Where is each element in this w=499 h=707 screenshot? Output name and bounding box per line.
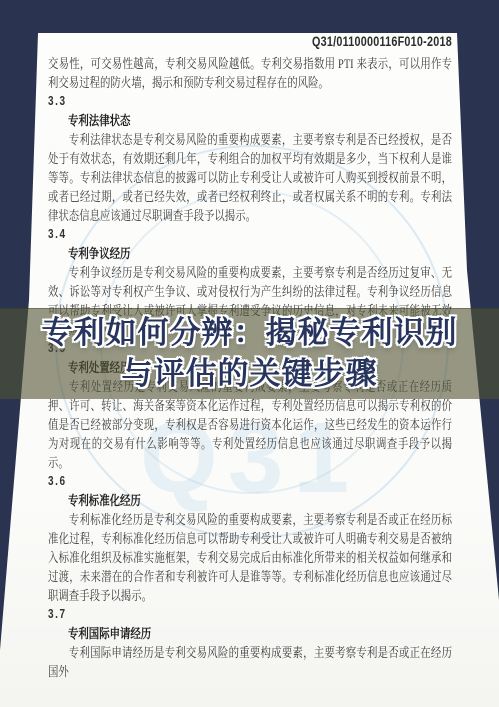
section-3-6-title: 专利标准化经历 [48, 491, 452, 510]
intro-paragraph: 交易性，可交易性越高，专利交易风险越低。专利交易指数用 PTI 来表示，可以用作… [48, 54, 452, 92]
section-3-3-title: 专利法律状态 [48, 111, 452, 130]
standard-doc-number: Q31/0110000116F010-2018 [48, 34, 452, 49]
section-3-4-number: 3.4 [48, 225, 452, 244]
section-3-3-number: 3.3 [48, 92, 452, 111]
section-3-7-title: 专利国际申请经历 [48, 624, 452, 643]
section-3-4-title: 专利争议经历 [48, 244, 452, 263]
article-title-line2: 与评估的关键步骤 [0, 353, 499, 394]
section-3-6-body: 专利标准化经历是专利交易风险的重要构成要素，主要考察专利是否或正在经历标准化过程… [48, 510, 452, 605]
article-title-line1: 专利如何分辨：揭秘专利识别 [0, 312, 499, 353]
section-3-6-number: 3.6 [48, 472, 452, 491]
screenshot-root: Q31 Q31/0110000116F010-2018 交易性，可交易性越高，专… [0, 0, 499, 707]
section-3-7-body: 专利国际申请经历是专利交易风险的重要构成要素，主要考察专利是否或正在经历国外 [48, 643, 452, 681]
article-title: 专利如何分辨：揭秘专利识别 与评估的关键步骤 [0, 312, 499, 394]
section-3-7-number: 3.7 [48, 605, 452, 624]
section-3-3-body: 专利法律状态是专利交易风险的重要构成要素，主要考察专利是否已经授权，是否处于有效… [48, 130, 452, 225]
